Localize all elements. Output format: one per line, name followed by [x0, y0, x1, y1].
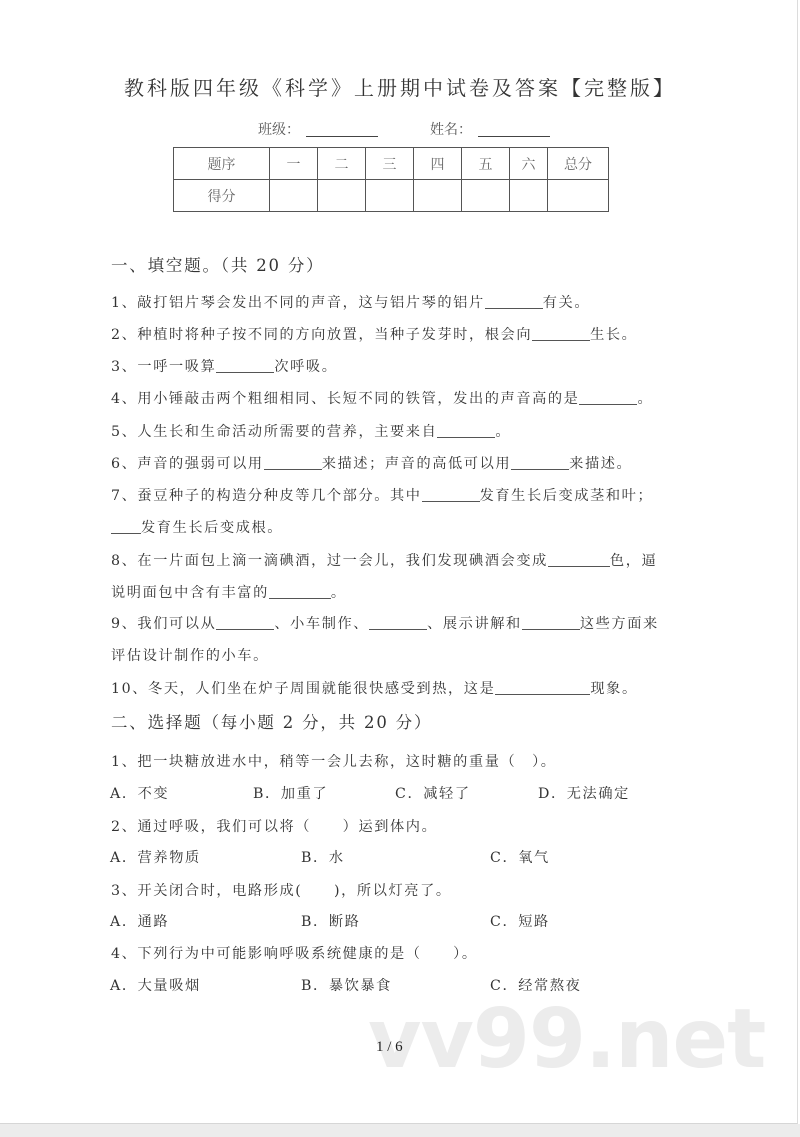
fill-question-5: 5、人生长和生命活动所需要的营养，主要来自。 [111, 421, 511, 441]
name-field: 姓名： [430, 119, 550, 139]
answer-blank [216, 360, 274, 373]
choice-option: A．不变 [110, 783, 169, 803]
page-number: 1 / 6 [376, 1039, 403, 1056]
fill-question-4: 4、用小锤敲击两个粗细相同、长短不同的铁管，发出的声音高的是。 [111, 388, 653, 408]
question-text: 3、一呼一吸算 [111, 359, 216, 375]
class-field: 班级： [258, 119, 378, 139]
choice-option: B．加重了 [253, 783, 328, 803]
question-text: 2、种植时将种子按不同的方向放置，当种子发芽时，根会向 [111, 327, 532, 343]
score-cell [462, 180, 510, 212]
document-page: 教科版四年级《科学》上册期中试卷及答案【完整版】 班级： 姓名： 题序 一 二 … [0, 0, 798, 1124]
fill-question-7: 7、蚕豆种子的构造分种皮等几个部分。其中发育生长后变成茎和叶； [111, 485, 653, 505]
table-header-cell: 总分 [548, 148, 609, 180]
answer-blank [264, 457, 322, 470]
score-cell [270, 180, 318, 212]
score-cell [318, 180, 366, 212]
score-cell [414, 180, 462, 212]
question-text: 9、我们可以从 [111, 616, 216, 632]
question-text: 7、蚕豆种子的构造分种皮等几个部分。其中 [111, 488, 422, 504]
question-text: 有关。 [543, 295, 590, 311]
question-text: 发育生长后变成茎和叶； [480, 488, 654, 504]
fill-question-6: 6、声音的强弱可以用来描述；声音的高低可以用来描述。 [111, 453, 632, 473]
fill-question-9-cont: 评估设计制作的小车。 [111, 645, 269, 665]
table-header-cell: 二 [318, 148, 366, 180]
score-cell [510, 180, 548, 212]
answer-blank [369, 617, 427, 630]
fill-question-7-cont: 发育生长后变成根。 [111, 517, 283, 537]
question-text: 、展示讲解和 [427, 616, 522, 632]
score-table-score-row: 得分 [174, 180, 609, 212]
score-table-header-row: 题序 一 二 三 四 五 六 总分 [174, 148, 609, 180]
choice-option: C．氧气 [490, 847, 550, 867]
question-text: 。 [637, 391, 653, 407]
question-text: 评估设计制作的小车。 [111, 648, 269, 664]
choice-option: A．大量吸烟 [110, 975, 201, 995]
choice-option: A．营养物质 [110, 847, 201, 867]
fill-question-3: 3、一呼一吸算次呼吸。 [111, 356, 338, 376]
question-text: 生长。 [590, 327, 637, 343]
table-header-cell: 一 [270, 148, 318, 180]
section-heading-multiple-choice: 二、选择题（每小题 2 分，共 20 分） [111, 709, 432, 733]
answer-blank [579, 392, 637, 405]
table-header-cell: 四 [414, 148, 462, 180]
name-label: 姓名： [430, 122, 472, 138]
answer-blank [522, 617, 580, 630]
question-text: 次呼吸。 [274, 359, 337, 375]
question-text: 现象。 [590, 681, 637, 697]
choice-question-1: 1、把一块糖放进水中，稍等一会儿去称，这时糖的重量（ ）。 [111, 751, 557, 771]
fill-question-8-cont: 说明面包中含有丰富的。 [111, 582, 347, 602]
question-text: 10、冬天，人们坐在炉子周围就能很快感受到热，这是 [111, 681, 495, 697]
table-row-label: 得分 [174, 180, 270, 212]
class-label: 班级： [258, 122, 300, 138]
answer-blank [437, 425, 495, 438]
section-heading-fill-blank: 一、填空题。（共 20 分） [111, 252, 324, 276]
choice-option: C．减轻了 [395, 783, 471, 803]
answer-blank [485, 296, 543, 309]
fill-question-1: 1、敲打铝片琴会发出不同的声音，这与铝片琴的铝片有关。 [111, 292, 590, 312]
question-text: 发育生长后变成根。 [141, 520, 283, 536]
question-text: 这些方面来 [580, 616, 659, 632]
fill-question-8: 8、在一片面包上滴一滴碘酒，过一会儿，我们发现碘酒会变成色，逼 [111, 550, 657, 570]
question-text: 来描述。 [569, 456, 632, 472]
score-cell [366, 180, 414, 212]
watermark: vv99.net [368, 992, 765, 1087]
choice-option: B．水 [301, 847, 345, 867]
table-header-cell: 三 [366, 148, 414, 180]
table-header-cell: 五 [462, 148, 510, 180]
question-text: 4、用小锤敲击两个粗细相同、长短不同的铁管，发出的声音高的是 [111, 391, 579, 407]
question-text: 。 [495, 424, 511, 440]
choice-option: A．通路 [110, 911, 169, 931]
class-blank [306, 136, 378, 137]
score-table: 题序 一 二 三 四 五 六 总分 得分 [173, 147, 609, 212]
fill-question-9: 9、我们可以从、小车制作、、展示讲解和这些方面来 [111, 613, 659, 633]
answer-blank [532, 328, 590, 341]
name-blank [478, 136, 550, 137]
fill-question-10: 10、冬天，人们坐在炉子周围就能很快感受到热，这是现象。 [111, 678, 638, 698]
question-text: 色，逼 [610, 553, 657, 569]
question-text: 说明面包中含有丰富的 [111, 585, 269, 601]
fill-question-2: 2、种植时将种子按不同的方向放置，当种子发芽时，根会向生长。 [111, 324, 637, 344]
choice-option: B．断路 [301, 911, 360, 931]
question-text: 、小车制作、 [274, 616, 369, 632]
choice-question-4: 4、下列行为中可能影响呼吸系统健康的是（ ）。 [111, 943, 478, 963]
question-text: 8、在一片面包上滴一滴碘酒，过一会儿，我们发现碘酒会变成 [111, 553, 548, 569]
choice-option: C．短路 [490, 911, 550, 931]
answer-blank [269, 586, 331, 599]
answer-blank [422, 489, 480, 502]
answer-blank [548, 554, 610, 567]
page-gap-strip [0, 1124, 800, 1137]
table-header-cell: 六 [510, 148, 548, 180]
choice-question-3: 3、开关闭合时，电路形成( )，所以灯亮了。 [111, 880, 452, 900]
answer-blank [216, 617, 274, 630]
answer-blank [111, 521, 141, 534]
question-text: 。 [331, 585, 347, 601]
answer-blank [495, 682, 590, 695]
question-text: 5、人生长和生命活动所需要的营养，主要来自 [111, 424, 437, 440]
score-cell [548, 180, 609, 212]
question-text: 1、敲打铝片琴会发出不同的声音，这与铝片琴的铝片 [111, 295, 485, 311]
question-text: 来描述；声音的高低可以用 [322, 456, 511, 472]
choice-question-2: 2、通过呼吸，我们可以将（ ）运到体内。 [111, 816, 437, 836]
choice-option: D．无法确定 [538, 783, 630, 803]
table-header-cell: 题序 [174, 148, 270, 180]
answer-blank [511, 457, 569, 470]
question-text: 6、声音的强弱可以用 [111, 456, 264, 472]
document-title: 教科版四年级《科学》上册期中试卷及答案【完整版】 [0, 72, 800, 101]
